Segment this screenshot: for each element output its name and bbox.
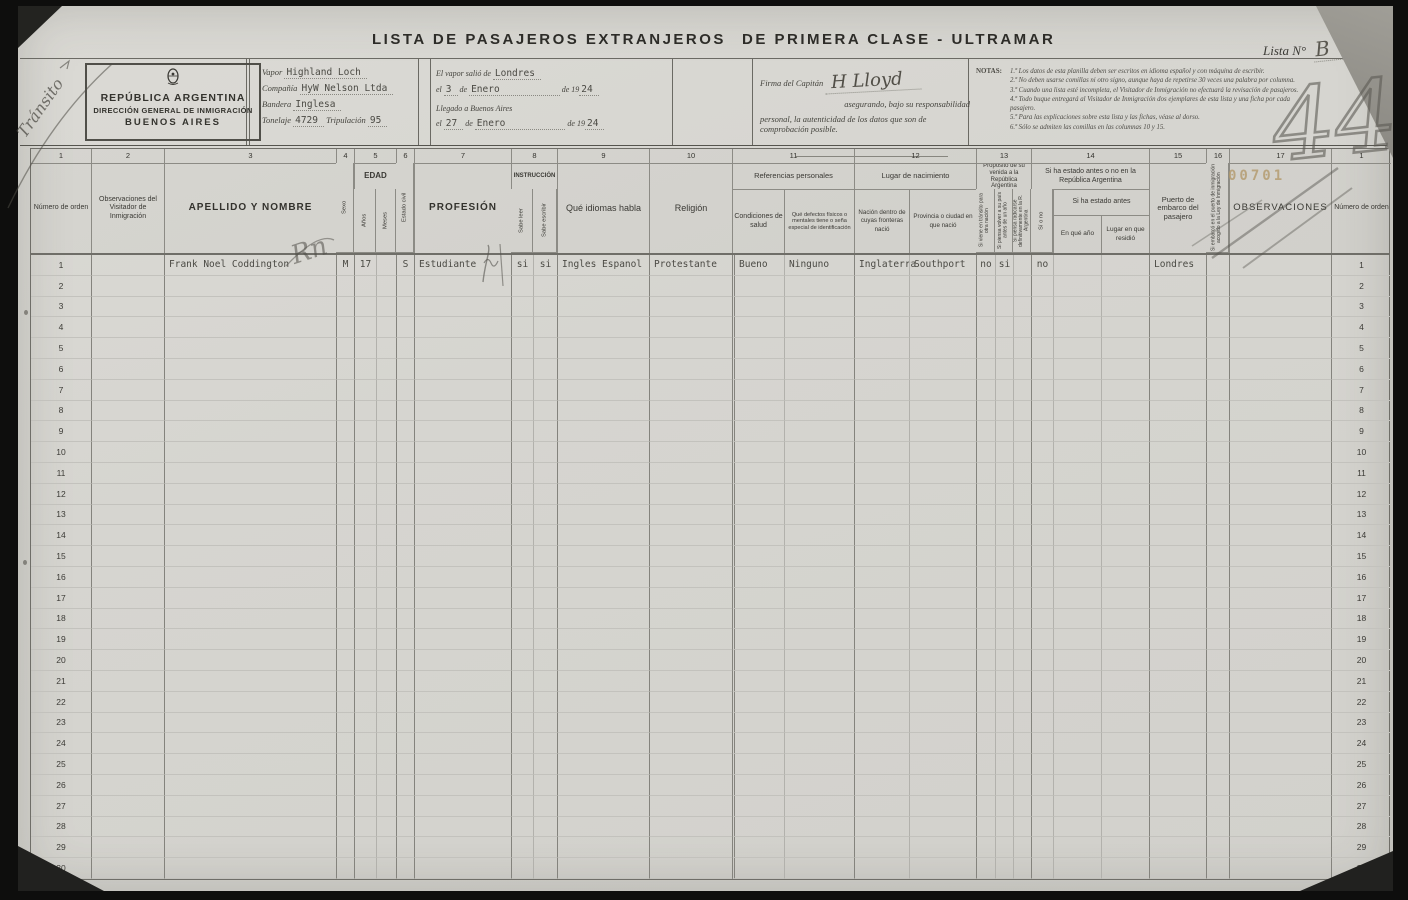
cell (1229, 401, 1331, 422)
salio-dia-value: 3 (444, 84, 458, 96)
de-label: de (460, 85, 468, 94)
cell (533, 297, 557, 318)
cell (995, 338, 1013, 359)
row-number-right: 13 (1331, 505, 1391, 526)
cell (1206, 588, 1229, 609)
cell (1206, 796, 1229, 817)
cell (414, 775, 511, 796)
cell (354, 297, 376, 318)
cell (164, 567, 336, 588)
cell (557, 463, 649, 484)
cell (1229, 525, 1331, 546)
cell (164, 359, 336, 380)
cell (354, 858, 376, 879)
cell (414, 858, 511, 879)
header-proposito-volver: Si piensa volver a su país antes de un a… (995, 189, 1013, 253)
cell (91, 401, 164, 422)
cell (91, 671, 164, 692)
cell (1053, 255, 1101, 276)
cell (1149, 463, 1206, 484)
cell (784, 484, 854, 505)
row-number-left: 4 (31, 317, 91, 338)
cell (784, 796, 854, 817)
cell: S (396, 255, 414, 276)
col-number: 9 (557, 149, 649, 163)
cell (854, 421, 909, 442)
cell (1031, 338, 1053, 359)
cell: Protestante (649, 255, 732, 276)
row-number-right: 24 (1331, 733, 1391, 754)
cell (649, 463, 732, 484)
cell (557, 837, 649, 858)
cell (414, 401, 511, 422)
cell (533, 775, 557, 796)
cell (511, 484, 533, 505)
cell (909, 359, 976, 380)
header-numero-orden: Número de orden (31, 163, 91, 253)
cell (784, 442, 854, 463)
salio-anio-value: 24 (579, 84, 598, 96)
cell (976, 380, 995, 401)
cell (511, 650, 533, 671)
cell (1149, 775, 1206, 796)
cell (396, 629, 414, 650)
cell (649, 609, 732, 630)
cell (1053, 796, 1101, 817)
cell (91, 380, 164, 401)
cell (1101, 338, 1149, 359)
cell (854, 297, 909, 318)
de-label: de (465, 119, 473, 128)
cell (164, 588, 336, 609)
row-number-right: 28 (1331, 817, 1391, 838)
cell (91, 650, 164, 671)
passenger-table: 1 2 3 4 5 6 7 8 9 10 11 12 13 14 15 16 1… (30, 148, 1390, 880)
cell (976, 796, 995, 817)
cell (1206, 463, 1229, 484)
tonelaje-value: 4729 (293, 115, 324, 127)
cell (533, 754, 557, 775)
paper-speck (24, 310, 28, 315)
col-number: 17 (1229, 149, 1331, 163)
cell (995, 484, 1013, 505)
row-number-right: 18 (1331, 609, 1391, 630)
cell (909, 338, 976, 359)
cell (1206, 858, 1229, 879)
cell (1149, 401, 1206, 422)
cell: Southport (909, 255, 976, 276)
cell (164, 338, 336, 359)
cell (1229, 733, 1331, 754)
cell (1149, 297, 1206, 318)
cell (1013, 484, 1031, 505)
cell (976, 837, 995, 858)
cell (336, 505, 354, 526)
cell (732, 525, 784, 546)
row-number-left: 23 (31, 713, 91, 734)
cell (1229, 629, 1331, 650)
cell (649, 567, 732, 588)
cell (1031, 754, 1053, 775)
org-city: BUENOS AIRES (87, 117, 259, 128)
cell (995, 442, 1013, 463)
cell (354, 463, 376, 484)
cell (164, 650, 336, 671)
cell (396, 567, 414, 588)
cell (1229, 858, 1331, 879)
cell (533, 421, 557, 442)
llegada-mes-value: Enero (475, 118, 566, 130)
cell (1053, 609, 1101, 630)
cell (732, 505, 784, 526)
cell (1149, 733, 1206, 754)
cell (557, 276, 649, 297)
cell (1149, 442, 1206, 463)
cell (976, 505, 995, 526)
cell (649, 796, 732, 817)
cell (1031, 401, 1053, 422)
row-number-right: 19 (1331, 629, 1391, 650)
col-number: 14 (1031, 149, 1149, 163)
cell (995, 401, 1013, 422)
cell (1101, 858, 1149, 879)
cell (533, 609, 557, 630)
cell (649, 276, 732, 297)
cell (91, 276, 164, 297)
cell (909, 754, 976, 775)
cell (354, 442, 376, 463)
salio-mes-value: Enero (469, 84, 560, 96)
cell (376, 276, 396, 297)
cell (732, 588, 784, 609)
cell (854, 629, 909, 650)
row-number-right: 23 (1331, 713, 1391, 734)
cell (354, 484, 376, 505)
cell (1013, 588, 1031, 609)
row-number-right: 16 (1331, 567, 1391, 588)
cell (1053, 442, 1101, 463)
cell (557, 733, 649, 754)
cell (909, 546, 976, 567)
cell (784, 609, 854, 630)
cell (557, 359, 649, 380)
cell (414, 317, 511, 338)
cell (784, 775, 854, 796)
cell (909, 505, 976, 526)
cell (1229, 754, 1331, 775)
cell (396, 692, 414, 713)
col-number: 3 (164, 149, 336, 163)
cell (414, 421, 511, 442)
cell (1206, 359, 1229, 380)
cell (1206, 276, 1229, 297)
cell (414, 380, 511, 401)
llegada-anio-value: 24 (585, 118, 604, 130)
cell (396, 588, 414, 609)
cell (1053, 359, 1101, 380)
cell (414, 796, 511, 817)
cell (1053, 546, 1101, 567)
cell (909, 817, 976, 838)
cell (376, 463, 396, 484)
cell (1149, 546, 1206, 567)
cell (414, 692, 511, 713)
header-provincia: Provincia o ciudad en que nació (909, 189, 976, 253)
cell (533, 671, 557, 692)
cell (976, 317, 995, 338)
cell (414, 837, 511, 858)
cell (854, 650, 909, 671)
cell (1149, 609, 1206, 630)
cell (732, 692, 784, 713)
cell (649, 359, 732, 380)
nota-item: 6.ª Sólo se admiten las comillas en las … (1010, 123, 1306, 132)
cell (557, 546, 649, 567)
form-header-band: REPÚBLICA ARGENTINA DIRECCIÓN GENERAL DE… (20, 58, 1393, 146)
cell (511, 588, 533, 609)
cell (414, 525, 511, 546)
cell (854, 588, 909, 609)
cell (354, 359, 376, 380)
cell (396, 338, 414, 359)
cell (164, 713, 336, 734)
cell: no (976, 255, 995, 276)
cell (91, 629, 164, 650)
row-number-right: 8 (1331, 401, 1391, 422)
cell (354, 837, 376, 858)
cell (854, 837, 909, 858)
cell (557, 380, 649, 401)
cell (354, 775, 376, 796)
cell (396, 775, 414, 796)
cell (354, 817, 376, 838)
cell (1031, 276, 1053, 297)
cell (1013, 401, 1031, 422)
cell (1013, 567, 1031, 588)
cell (854, 733, 909, 754)
cell (336, 442, 354, 463)
col-number: 11 (732, 149, 854, 163)
cell (1053, 463, 1101, 484)
cell (854, 505, 909, 526)
captain-signature: H Lloyd (825, 68, 922, 95)
cell (533, 463, 557, 484)
cell (1053, 505, 1101, 526)
cell (1206, 421, 1229, 442)
row-number-left: 9 (31, 421, 91, 442)
cell (376, 567, 396, 588)
cell (732, 359, 784, 380)
cell (1101, 650, 1149, 671)
row-number-left: 25 (31, 754, 91, 775)
cell (376, 380, 396, 401)
cell (1206, 484, 1229, 505)
cell (784, 297, 854, 318)
header-ha-estado-antes: Si ha estado antes (1053, 189, 1149, 215)
cell (396, 401, 414, 422)
cell (533, 713, 557, 734)
cell (511, 754, 533, 775)
cell (336, 837, 354, 858)
cell (91, 442, 164, 463)
cell (511, 713, 533, 734)
cell (1031, 546, 1053, 567)
org-country: REPÚBLICA ARGENTINA (87, 92, 259, 104)
col-number: 1 (31, 149, 91, 163)
issuing-authority-box: REPÚBLICA ARGENTINA DIRECCIÓN GENERAL DE… (85, 63, 261, 141)
cell (557, 650, 649, 671)
cell (732, 421, 784, 442)
cell (533, 733, 557, 754)
cell (396, 505, 414, 526)
cell (1101, 525, 1149, 546)
cell (995, 588, 1013, 609)
cell (732, 671, 784, 692)
col-number: 5 (354, 149, 396, 163)
cell (909, 463, 976, 484)
cell (649, 629, 732, 650)
cell (784, 567, 854, 588)
cell (396, 421, 414, 442)
header-meses: Meses (376, 189, 396, 253)
cell (414, 629, 511, 650)
cell (784, 421, 854, 442)
cell (164, 692, 336, 713)
tonelaje-label: Tonelaje (262, 115, 291, 125)
cell (976, 567, 995, 588)
cell (1031, 380, 1053, 401)
cell (511, 546, 533, 567)
cell (1149, 317, 1206, 338)
cell: si (995, 255, 1013, 276)
cell (533, 837, 557, 858)
cell (976, 733, 995, 754)
cell (533, 546, 557, 567)
cell (1149, 588, 1206, 609)
cell (414, 671, 511, 692)
row-number-right: 26 (1331, 775, 1391, 796)
cell (976, 817, 995, 838)
bandera-label: Bandera (262, 99, 291, 109)
row-number-left: 21 (31, 671, 91, 692)
cell (1149, 505, 1206, 526)
cell (732, 380, 784, 401)
cell (164, 380, 336, 401)
cell (414, 276, 511, 297)
el-label: el (436, 119, 442, 128)
cell (1229, 317, 1331, 338)
cell (649, 338, 732, 359)
cell (336, 525, 354, 546)
cell (91, 317, 164, 338)
cell (511, 463, 533, 484)
cell (1149, 525, 1206, 546)
cell (396, 796, 414, 817)
cell (511, 629, 533, 650)
row-number-left: 26 (31, 775, 91, 796)
cell (1149, 567, 1206, 588)
cell (164, 505, 336, 526)
el-label: el (436, 85, 442, 94)
cell (414, 650, 511, 671)
cell (396, 276, 414, 297)
cell (854, 380, 909, 401)
page-subtitle: DE PRIMERA CLASE - ULTRAMAR (742, 31, 1055, 48)
cell (376, 421, 396, 442)
cell (1013, 505, 1031, 526)
compania-value: HyW Nelson Ltda (300, 83, 394, 95)
cell (1149, 692, 1206, 713)
cell (414, 817, 511, 838)
row-number-right: 5 (1331, 338, 1391, 359)
cell (533, 817, 557, 838)
cell (854, 401, 909, 422)
cell (376, 442, 396, 463)
cell (533, 629, 557, 650)
cell (995, 525, 1013, 546)
cell (1053, 421, 1101, 442)
bandera-value: Inglesa (293, 99, 341, 111)
cell (1101, 546, 1149, 567)
cell (1149, 380, 1206, 401)
cell (649, 671, 732, 692)
cell (909, 796, 976, 817)
cell (557, 338, 649, 359)
cell (376, 796, 396, 817)
row-number-right: 3 (1331, 297, 1391, 318)
cell (376, 297, 396, 318)
cell (1013, 546, 1031, 567)
cell (91, 817, 164, 838)
cell (1053, 317, 1101, 338)
col-number: 2 (91, 149, 164, 163)
cell (164, 837, 336, 858)
cell (336, 297, 354, 318)
cell (1013, 692, 1031, 713)
cell (732, 775, 784, 796)
cell (533, 484, 557, 505)
cell (854, 463, 909, 484)
cell (649, 401, 732, 422)
cell (557, 817, 649, 838)
row-number-left: 27 (31, 796, 91, 817)
cell (732, 817, 784, 838)
cell (354, 380, 376, 401)
header-condiciones-salud: Condiciones de salud (732, 189, 784, 253)
nota-item: 3.ª Cuando una lista esté incompleta, el… (1010, 86, 1306, 95)
cell (414, 505, 511, 526)
cell (976, 297, 995, 318)
salio-port-value: Londres (493, 68, 541, 80)
cell (533, 401, 557, 422)
cell (1206, 546, 1229, 567)
cell (511, 317, 533, 338)
cell (336, 338, 354, 359)
cell (336, 484, 354, 505)
cell (732, 609, 784, 630)
cell (1031, 817, 1053, 838)
cell (511, 775, 533, 796)
row-number-right: 2 (1331, 276, 1391, 297)
cell (1101, 484, 1149, 505)
cell (1031, 567, 1053, 588)
cell (1149, 817, 1206, 838)
cell (649, 546, 732, 567)
cell (1013, 463, 1031, 484)
cell (784, 733, 854, 754)
cell (557, 609, 649, 630)
compania-label: Compañía (262, 83, 297, 93)
